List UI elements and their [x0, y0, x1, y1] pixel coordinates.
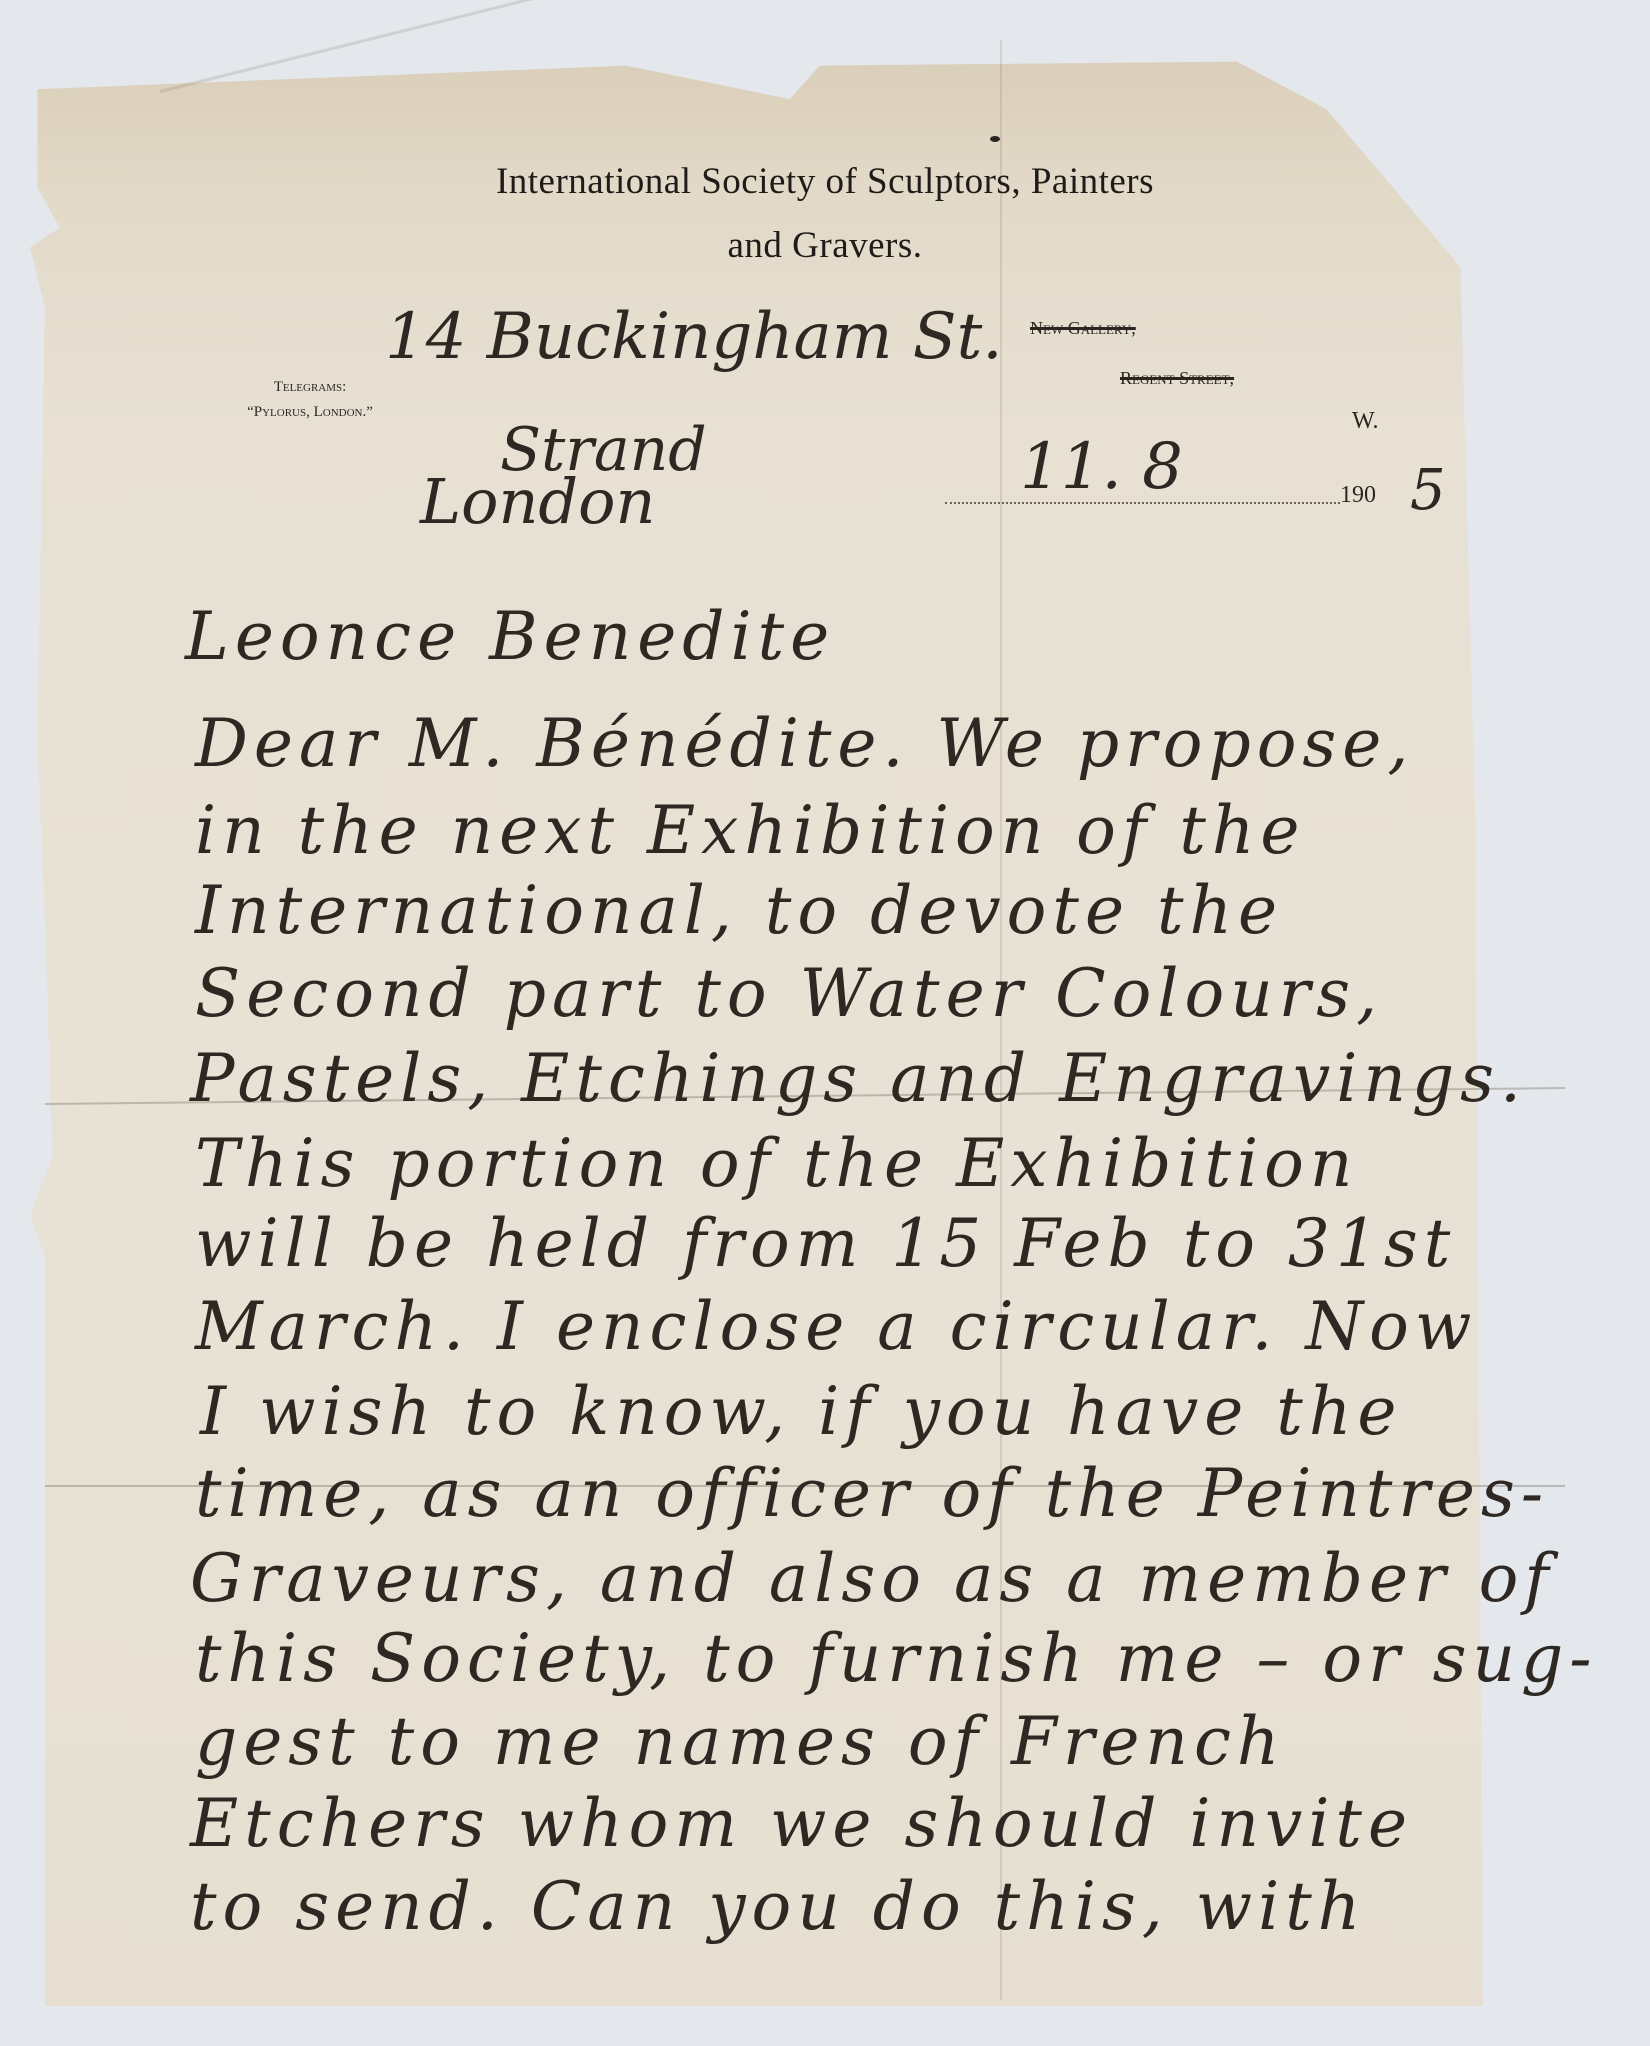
printed-address-line2-struck: Regent Street, — [1120, 368, 1234, 389]
handwritten-year-suffix: 5 — [1410, 458, 1446, 523]
letter-body-line: this Society, to furnish me – or sug- — [195, 1620, 1598, 1697]
letterhead-society-line1: International Society of Sculptors, Pain… — [0, 160, 1650, 203]
letter-body-line: Graveurs, and also as a member of — [190, 1540, 1555, 1617]
letter-body-line: time, as an officer of the Peintres- — [195, 1455, 1549, 1532]
letter-body-line: to send. Can you do this, with — [190, 1868, 1366, 1945]
letter-body-line: This portion of the Exhibition — [195, 1125, 1358, 1202]
printed-year-prefix: 190 — [1340, 482, 1376, 509]
letter-body-line: in the next Exhibition of the — [195, 792, 1305, 869]
letter-body-line: gest to me names of French — [195, 1703, 1285, 1780]
letterhead-society-line2: and Gravers. — [0, 224, 1650, 267]
letter-body-line: Second part to Water Colours, — [195, 955, 1383, 1032]
telegrams-label: Telegrams: — [210, 379, 410, 396]
letter-body-line: March. I enclose a circular. Now — [195, 1288, 1477, 1365]
letter-body-line: will be held from 15 Feb to 31st — [195, 1205, 1456, 1282]
letter-body-line: International, to devote the — [195, 872, 1283, 949]
handwritten-date: 11. 8 — [1020, 430, 1183, 504]
letter-body-line: Dear M. Bénédite. We propose, — [195, 705, 1414, 782]
letter-body-line: Pastels, Etchings and Engravings. — [190, 1040, 1527, 1117]
printed-address-line1-struck: New Gallery, — [1030, 318, 1136, 339]
telegrams-address: “Pylorus, London.” — [200, 404, 420, 421]
letter-recipient: Leonce Benedite — [185, 598, 835, 675]
letter-body-line: I wish to know, if you have the — [200, 1373, 1402, 1450]
printed-postal-district: W. — [1352, 408, 1378, 435]
handwritten-address-line3: London — [420, 465, 655, 538]
ink-blot — [990, 136, 1000, 142]
handwritten-address-line1: 14 Buckingham St. — [385, 300, 1003, 374]
letter-body-line: Etchers whom we should invite — [190, 1785, 1413, 1862]
